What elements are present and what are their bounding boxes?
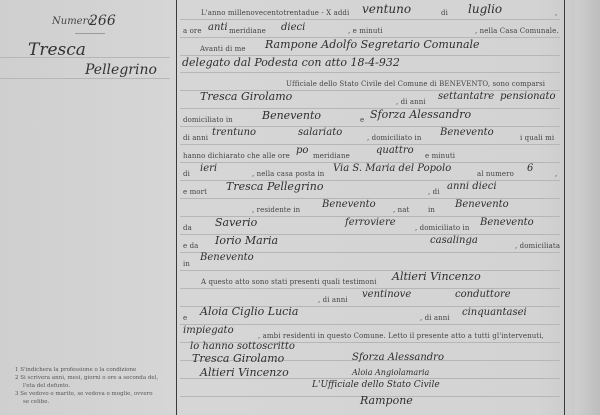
printed-official-text: Ufficiale dello Stato Civile del Comune … (286, 80, 545, 88)
handwritten-age: trentuno (212, 127, 256, 138)
handwritten-hour: dieci (281, 22, 305, 33)
footnote: l'eta del defunto. (15, 382, 158, 390)
handwritten-place: Benevento (440, 127, 494, 138)
printed-text: al numero (477, 170, 514, 178)
record-number-value: 266 (89, 13, 116, 29)
printed-text: a ore (183, 27, 202, 35)
printed-text: e minuti (425, 152, 455, 160)
printed-text: , domiciliato in (367, 134, 421, 142)
printed-text: , (555, 170, 557, 178)
handwritten-witness1: Altieri Vincenzo (392, 270, 481, 283)
handwritten-age: settantatre (438, 91, 494, 102)
printed-text: , nat (393, 206, 409, 214)
handwritten-street: Via S. Maria del Popolo (333, 163, 451, 174)
handwritten-place: Benevento (200, 252, 254, 263)
deceased-given-name: Pellegrino (85, 62, 157, 78)
printed-text: e mort (183, 188, 207, 196)
handwritten-job: impiegato (183, 325, 234, 336)
handwritten-age: cinquantasei (462, 307, 527, 318)
printed-text: , di (428, 188, 440, 196)
printed-text: di (441, 9, 448, 17)
handwritten-father: Saverio (215, 216, 257, 229)
handwritten-closing: lo hanno sottoscritto (190, 341, 295, 352)
signature-witness2: Aloia Angiolamaria (352, 368, 429, 377)
footnote: 3 Se vedovo o marito, se vedova o moglie… (15, 390, 158, 398)
printed-text: meridiane (313, 152, 350, 160)
printed-text: , residente in (252, 206, 300, 214)
printed-text: , domiciliata (515, 242, 560, 250)
footnote: 1 S'indichera la professione o la condiz… (15, 366, 158, 374)
printed-text: di (183, 170, 190, 178)
handwritten-officer: Rampone Adolfo Segretario Comunale (265, 38, 480, 51)
handwritten-age: ventinove (362, 289, 411, 300)
printed-closing-text: , ambi residenti in questo Comune. Letto… (258, 332, 544, 340)
signature-official-title: L'Ufficiale dello Stato Civile (312, 380, 440, 390)
page-edge (575, 0, 600, 415)
handwritten-month: luglio (468, 2, 502, 16)
printed-text: , e minuti (348, 27, 383, 35)
printed-text: di anni (183, 134, 208, 142)
printed-text: domiciliato in (183, 116, 233, 124)
handwritten-job: salariato (298, 127, 342, 138)
signature-official: Rampone (360, 394, 413, 407)
handwritten-place: Benevento (480, 217, 534, 228)
printed-text: , domiciliato in (415, 224, 469, 232)
handwritten-mother: Iorio Maria (215, 234, 278, 247)
printed-text: i quali mi (520, 134, 554, 142)
printed-text: e da (183, 242, 198, 250)
signature-witness1: Altieri Vincenzo (200, 366, 289, 379)
column-divider-right (564, 0, 565, 415)
handwritten-job: pensionato (500, 91, 556, 102)
printed-text: , nella Casa Comunale. (475, 27, 559, 35)
signature-declarant1: Tresca Girolamo (192, 352, 284, 365)
printed-text: , di anni (396, 98, 426, 106)
handwritten-day: ieri (200, 163, 217, 174)
handwritten-place: Benevento (262, 109, 321, 122)
civil-death-record-page: Numero 266 Tresca Pellegrino 1 S'indiche… (0, 0, 600, 415)
printed-text: meridiane (229, 27, 266, 35)
handwritten-hour: quattro (376, 145, 414, 156)
footnote: se celibe. (15, 398, 158, 406)
handwritten-day: ventuno (362, 2, 411, 16)
record-number-label: Numero (52, 16, 93, 27)
footnote: 2 Si scrivera anni, mesi, giorni o ore a… (15, 374, 158, 382)
printed-text: , di anni (420, 314, 450, 322)
printed-text: in (183, 260, 190, 268)
divider (75, 33, 105, 34)
handwritten-delegation: delegato dal Podesta con atto 18-4-932 (182, 56, 400, 69)
printed-text: e (360, 116, 364, 124)
ruled-line (0, 57, 170, 58)
handwritten-residence: Benevento (322, 199, 376, 210)
handwritten-am-pm: po (296, 145, 308, 156)
printed-text: hanno dichiarato che alle ore (183, 152, 290, 160)
handwritten-deceased-name: Tresca Pellegrino (226, 180, 323, 193)
handwritten-age: anni dieci (447, 181, 497, 192)
column-divider-left (176, 0, 177, 415)
printed-text: Avanti di me (200, 45, 246, 53)
printed-text: in (428, 206, 435, 214)
footnotes: 1 S'indichera la professione o la condiz… (15, 366, 158, 406)
handwritten-job: ferroviere (345, 217, 396, 228)
printed-text: , di anni (318, 296, 348, 304)
left-margin-column: Numero 266 Tresca Pellegrino 1 S'indiche… (0, 0, 175, 415)
signature-declarant2: Sforza Alessandro (352, 352, 444, 363)
ruled-line (0, 78, 170, 79)
printed-year-text: L'anno millenovecentotrentadue - X addi (201, 9, 349, 17)
printed-text: , (555, 9, 557, 17)
handwritten-am-pm: anti (208, 22, 228, 33)
printed-text: da (183, 224, 192, 232)
handwritten-witness2: Aloia Ciglio Lucia (200, 305, 298, 318)
handwritten-declarant1: Tresca Girolamo (200, 90, 292, 103)
printed-text: , nella casa posta in (252, 170, 324, 178)
printed-text: e (183, 314, 187, 322)
handwritten-house-number: 6 (527, 163, 533, 174)
handwritten-job: conduttore (455, 289, 511, 300)
printed-witness-text: A questo atto sono stati presenti quali … (201, 278, 377, 286)
handwritten-job: casalinga (430, 235, 478, 246)
handwritten-declarant2: Sforza Alessandro (370, 108, 471, 121)
handwritten-birthplace: Benevento (455, 199, 509, 210)
